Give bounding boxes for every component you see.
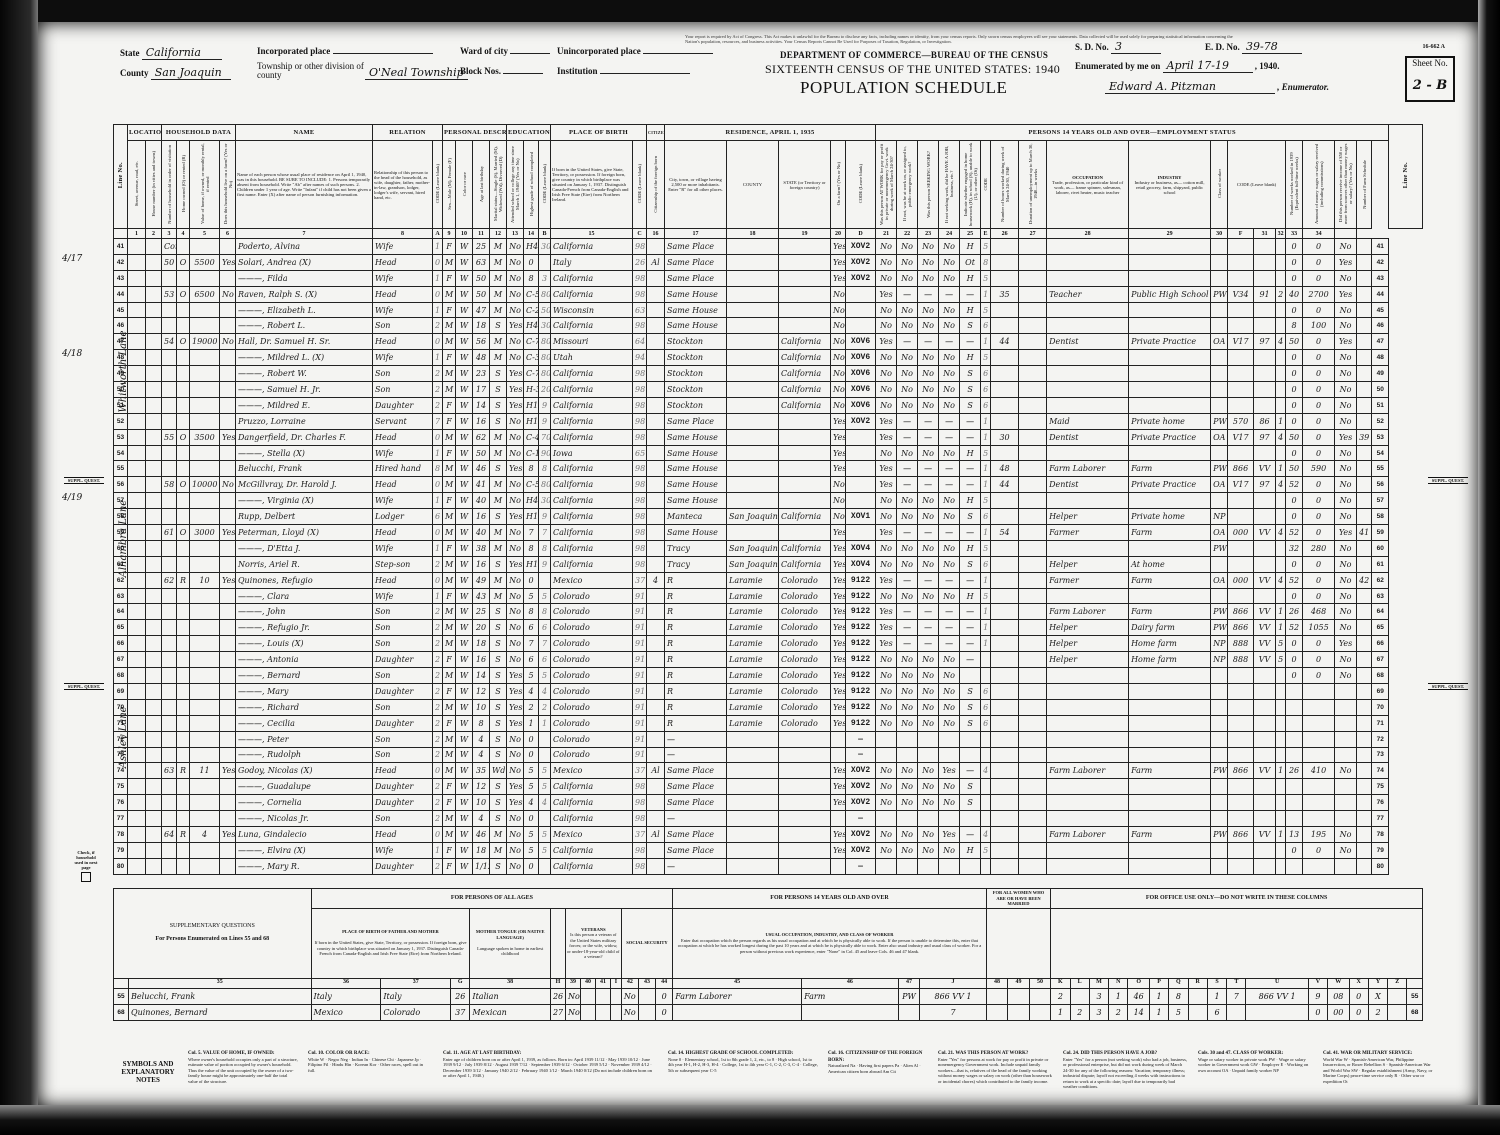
cell-onf: No [831, 493, 846, 509]
supp-column-number: T [1227, 978, 1246, 988]
note-col30: Cols. 30 and 47. CLASS OF WORKER:Wage or… [1198, 1050, 1313, 1073]
cell-city: — [665, 747, 727, 763]
cell-age: 50 [473, 270, 490, 286]
cell-oi [1335, 715, 1357, 731]
cell-race: W [456, 445, 473, 461]
column-number: 22 [897, 229, 918, 239]
cell-f2 [1254, 795, 1276, 811]
cell-cit [647, 842, 665, 858]
cell-city: Manteca [665, 509, 727, 525]
cell-onf: No [831, 397, 846, 413]
cell-fs [1357, 413, 1372, 429]
cell-f1: V34 [1228, 286, 1254, 302]
column-number: 17 [665, 229, 727, 239]
cell-city: Stockton [665, 366, 727, 382]
cell-cit [647, 588, 665, 604]
line-number-right: 65 [1372, 620, 1389, 636]
cell-a: 0 [433, 477, 443, 493]
cell-cit: Al [647, 763, 665, 779]
cell-own [177, 239, 190, 255]
cell-c: 98 [633, 556, 647, 572]
cell-name: ———, Mildred L. (X) [236, 350, 373, 366]
cell-a: 2 [433, 795, 443, 811]
cell-hh_house [146, 556, 162, 572]
cell-occ [1047, 842, 1129, 858]
cell-name: Solari, Andrea (X) [236, 254, 373, 270]
cell-own: O [177, 286, 190, 302]
line-number: 65 [114, 620, 128, 636]
form-header: State California County San Joaquin Inco… [75, 40, 1455, 120]
cell-e: 1 [981, 620, 991, 636]
cell-rel: Servant [373, 413, 433, 429]
cell-sch: No [507, 747, 524, 763]
table-row: 41Cont'dPoderto, AlvinaWife1FW25MNoH430C… [114, 239, 1423, 255]
cell-ind [1129, 779, 1211, 795]
cell-rel: Son [373, 620, 433, 636]
supp-column-number: 43 [638, 978, 655, 988]
cell-sch: No [507, 588, 524, 604]
scan-right-edge [1478, 0, 1500, 1135]
cell-rel: Son [373, 731, 433, 747]
cell-farm [220, 842, 236, 858]
line-number-right: 52 [1372, 413, 1389, 429]
cell-c22: No [897, 366, 918, 382]
cell-val [190, 604, 220, 620]
cell-f1: 570 [1228, 413, 1254, 429]
cell-name: ———, Elvira (X) [236, 842, 373, 858]
cell-farm [220, 652, 236, 668]
cell-d: XOV6 [846, 397, 876, 413]
cell-mar: M [490, 540, 507, 556]
cell-occ: Maid [1047, 413, 1129, 429]
cell-hh_house [146, 270, 162, 286]
cell-hh_house [146, 318, 162, 334]
cell-c23: — [918, 286, 939, 302]
cell-oi [1335, 747, 1357, 763]
cell-hh_house [146, 445, 162, 461]
cell-hh_street [128, 636, 146, 652]
table-row: 70———, RichardSon2MW10SYes22Colorado91RL… [114, 699, 1423, 715]
next-page-checkbox[interactable] [81, 872, 91, 882]
cell-fs [1357, 477, 1372, 493]
cell-age: 43 [473, 588, 490, 604]
cell-bp: Colorado [551, 652, 633, 668]
cell-sch: No [507, 636, 524, 652]
cell-wg [1303, 795, 1335, 811]
cell-fs [1357, 445, 1372, 461]
cell-f2 [1254, 509, 1276, 525]
cell-f3 [1276, 318, 1286, 334]
cell-oi: Yes [1335, 286, 1357, 302]
cell-wk: 0 [1286, 509, 1303, 525]
cell-age: 12 [473, 779, 490, 795]
cell-mar: S [490, 683, 507, 699]
cell-sex: F [443, 842, 456, 858]
cell-own [177, 509, 190, 525]
cell-c23 [918, 811, 939, 827]
cell-c22: No [897, 699, 918, 715]
cell-c21: Yes [876, 334, 897, 350]
cell-c27 [1019, 366, 1047, 382]
column-number: 21 [876, 229, 897, 239]
cell-oi: Yes [1335, 254, 1357, 270]
cell-hh [162, 493, 177, 509]
cell-name: ———, Louis (X) [236, 636, 373, 652]
cell-wg: 0 [1303, 572, 1335, 588]
cell-cls [1211, 842, 1228, 858]
cell-c23: — [918, 604, 939, 620]
cell-sex: F [443, 540, 456, 556]
cell-occ [1047, 366, 1129, 382]
cell-c21: No [876, 842, 897, 858]
cell-hh_house [146, 842, 162, 858]
cell-c25: — [960, 429, 981, 445]
cell-bp: Colorado [551, 604, 633, 620]
cell-gr: 1 [524, 715, 539, 731]
cell-f1 [1228, 540, 1254, 556]
supp-cell-c40 [580, 988, 595, 1004]
cell-cit [647, 795, 665, 811]
cell-hh_house [146, 811, 162, 827]
cell-f3 [1276, 540, 1286, 556]
cell-c23: No [918, 397, 939, 413]
supp-column-number [114, 978, 129, 988]
cell-rel: Daughter [373, 795, 433, 811]
cell-hh [162, 382, 177, 398]
cell-ind [1129, 668, 1211, 684]
cell-c27 [1019, 699, 1047, 715]
cell-f1 [1228, 366, 1254, 382]
supp-column-number [1407, 978, 1423, 988]
cell-c25: — [960, 826, 981, 842]
cell-wk: 26 [1286, 604, 1303, 620]
cell-occ: Helper [1047, 556, 1129, 572]
cell-farm [220, 668, 236, 684]
cell-hh [162, 747, 177, 763]
column-number: 9 [443, 229, 456, 239]
cell-onf: No [831, 509, 846, 525]
cell-onf: Yes [831, 683, 846, 699]
cell-f2 [1254, 842, 1276, 858]
supp-column-number: H [550, 978, 565, 988]
cell-val: 10 [190, 572, 220, 588]
cell-mar: S [490, 366, 507, 382]
line-number: 69 [114, 683, 128, 699]
cell-f3 [1276, 683, 1286, 699]
cell-val [190, 715, 220, 731]
note-col16: Col. 16. CITIZENSHIP OF THE FOREIGN BORN… [828, 1050, 928, 1074]
cell-c23: No [918, 318, 939, 334]
cell-st: California [779, 350, 831, 366]
cell-c26 [991, 350, 1019, 366]
cell-a: 2 [433, 652, 443, 668]
cell-e [981, 747, 991, 763]
cell-e: 1 [981, 461, 991, 477]
cell-farm [220, 350, 236, 366]
cell-wk: 0 [1286, 842, 1303, 858]
line-number: 47 [114, 334, 128, 350]
cell-city: Same Place [665, 826, 727, 842]
cell-hh_street [128, 461, 146, 477]
table-row: 46———, Robert L.Son2MW18SYesH430Californ… [114, 318, 1423, 334]
cell-hh_street [128, 572, 146, 588]
cell-cls: OA [1211, 429, 1228, 445]
cell-onf: Yes [831, 842, 846, 858]
cell-a: 2 [433, 858, 443, 874]
cell-oi: No [1335, 302, 1357, 318]
cell-age: 46 [473, 461, 490, 477]
cell-f2 [1254, 683, 1276, 699]
cell-fs [1357, 334, 1372, 350]
cell-age: 14 [473, 397, 490, 413]
cell-c23: No [918, 540, 939, 556]
cell-fs [1357, 668, 1372, 684]
cell-f1 [1228, 302, 1254, 318]
table-row: 60———, D'Etta J.Wife1FW38MNo88California… [114, 540, 1423, 556]
cell-c26 [991, 747, 1019, 763]
cell-city: Stockton [665, 382, 727, 398]
cell-c25: H [960, 445, 981, 461]
cell-c25: — [960, 636, 981, 652]
cell-hh: 62 [162, 572, 177, 588]
cell-val: 19000 [190, 334, 220, 350]
line-number-right: 68 [1372, 668, 1389, 684]
cell-race: W [456, 286, 473, 302]
cell-onf: Yes [831, 239, 846, 255]
table-row: 48———, Mildred L. (X)Wife1FW48MNoC-380Ut… [114, 350, 1423, 366]
supp-row: 68Quinones, BernardMexicoColorado37Mexic… [114, 1004, 1423, 1020]
cell-onf: No [831, 334, 846, 350]
supp-column-number: 38 [470, 978, 551, 988]
cell-race: W [456, 477, 473, 493]
cell-gr: 0 [524, 858, 539, 874]
cell-bp: Utah [551, 350, 633, 366]
line-number: 48 [114, 350, 128, 366]
cell-a: 2 [433, 397, 443, 413]
line-number-right: 53 [1372, 429, 1389, 445]
cell-d: XOV2 [846, 826, 876, 842]
cell-c24: No [939, 842, 960, 858]
cell-c24: — [939, 604, 960, 620]
cell-a: 1 [433, 842, 443, 858]
cell-cty [727, 366, 779, 382]
cell-hh_house [146, 366, 162, 382]
cell-sch: No [507, 445, 524, 461]
cell-cit [647, 382, 665, 398]
cell-c23: — [918, 636, 939, 652]
cell-hh [162, 413, 177, 429]
supp-column-number: 48 [986, 978, 1007, 988]
line-number-right: 60 [1372, 540, 1389, 556]
cell-c26 [991, 366, 1019, 382]
cell-hh_street [128, 397, 146, 413]
cell-race: W [456, 540, 473, 556]
cell-hh_house [146, 572, 162, 588]
cell-e: 6 [981, 318, 991, 334]
cell-cls: PW [1211, 461, 1228, 477]
cell-c23: No [918, 699, 939, 715]
cell-c: 91 [633, 652, 647, 668]
cell-c22: No [897, 540, 918, 556]
cell-f3: 2 [1276, 286, 1286, 302]
cell-name: ———, Guadalupe [236, 779, 373, 795]
cell-age: 47 [473, 302, 490, 318]
cell-c: 65 [633, 445, 647, 461]
cell-sex: M [443, 811, 456, 827]
cell-sex: F [443, 493, 456, 509]
line-number: 43 [114, 270, 128, 286]
scan-bottom-edge [0, 1105, 1500, 1135]
line-number: 67 [114, 652, 128, 668]
cell-rel: Head [373, 572, 433, 588]
cell-name: ———, Richard [236, 699, 373, 715]
column-number: A [433, 229, 443, 239]
cell-city: Same Place [665, 239, 727, 255]
cell-b: 5 [539, 763, 551, 779]
cell-onf [831, 858, 846, 874]
cell-c22 [897, 858, 918, 874]
group-employment: PERSONS 14 YEARS OLD AND OVER—EMPLOYMENT… [876, 125, 1389, 141]
cell-cty [727, 334, 779, 350]
table-row: 4754O19000NoHall, Dr. Samuel H. Sr.Head0… [114, 334, 1423, 350]
column-number: C [633, 229, 647, 239]
cell-bp: Mexico [551, 763, 633, 779]
cell-name: ———, Cornelia [236, 795, 373, 811]
cell-a: 2 [433, 366, 443, 382]
cell-oi [1335, 858, 1357, 874]
table-row: 66———, Louis (X)Son2MW18SNo77Colorado91R… [114, 636, 1423, 652]
cell-f1: 000 [1228, 572, 1254, 588]
cell-c24: No [939, 366, 960, 382]
supp-column-number: I [611, 978, 622, 988]
cell-c21 [876, 858, 897, 874]
cell-city: Stockton [665, 350, 727, 366]
cell-gr: 5 [524, 763, 539, 779]
cell-rel: Hired hand [373, 461, 433, 477]
cell-c23: No [918, 270, 939, 286]
cell-d: XOV4 [846, 556, 876, 572]
cell-gr: 8 [524, 270, 539, 286]
cell-race: W [456, 254, 473, 270]
supp-cell-o: 14 [1128, 1004, 1149, 1020]
cell-rel: Wife [373, 445, 433, 461]
cell-cit [647, 239, 665, 255]
cell-cls: NP [1211, 509, 1228, 525]
cell-c: 98 [633, 811, 647, 827]
cell-hh_house [146, 429, 162, 445]
cell-gr: H4 [524, 239, 539, 255]
supp-cell-i [611, 1004, 622, 1020]
cell-farm [220, 270, 236, 286]
supp-cell-c48 [986, 1004, 1007, 1020]
cell-wg: 0 [1303, 382, 1335, 398]
cell-val: 5500 [190, 254, 220, 270]
cell-e: 5 [981, 239, 991, 255]
cell-own [177, 540, 190, 556]
cell-c24: No [939, 509, 960, 525]
line-number: 44 [114, 286, 128, 302]
supp-column-number: S [1207, 978, 1226, 988]
cell-wg: 0 [1303, 397, 1335, 413]
cell-f3 [1276, 731, 1286, 747]
cell-sex: M [443, 556, 456, 572]
cell-hh_street [128, 493, 146, 509]
cell-ind [1129, 366, 1211, 382]
cell-a: 1 [433, 493, 443, 509]
cell-c21: No [876, 683, 897, 699]
line-number-right: 76 [1372, 795, 1389, 811]
cell-c: 91 [633, 636, 647, 652]
cell-c21: No [876, 779, 897, 795]
supplementary-marker: SUPPL. QUEST. [64, 683, 104, 690]
line-number: 79 [114, 842, 128, 858]
cell-cls [1211, 445, 1228, 461]
cell-c27 [1019, 350, 1047, 366]
cell-c21: Yes [876, 604, 897, 620]
cell-cit [647, 334, 665, 350]
cell-mar: M [490, 429, 507, 445]
supp-column-number-row: 353637G38H394041I424344454647J484950KLMN… [114, 978, 1423, 988]
col-line-no-right: Line No. [1389, 125, 1423, 229]
cell-sex: F [443, 795, 456, 811]
cell-c21: No [876, 652, 897, 668]
cell-c26 [991, 620, 1019, 636]
supp-column-number: G [451, 978, 470, 988]
cell-f1 [1228, 811, 1254, 827]
line-number: 41 [114, 239, 128, 255]
cell-f2 [1254, 254, 1276, 270]
cell-wk [1286, 683, 1303, 699]
cell-gr: 5 [524, 842, 539, 858]
cell-occ [1047, 731, 1129, 747]
cell-oi: No [1335, 620, 1357, 636]
cell-onf: Yes [831, 588, 846, 604]
cell-cit: Al [647, 254, 665, 270]
cell-f2 [1254, 731, 1276, 747]
cell-cls [1211, 239, 1228, 255]
cell-mar: S [490, 715, 507, 731]
cell-f1 [1228, 731, 1254, 747]
cell-wg: 1055 [1303, 620, 1335, 636]
cell-race: W [456, 239, 473, 255]
cell-b: 50 [539, 302, 551, 318]
cell-farm [220, 779, 236, 795]
cell-c25: S [960, 318, 981, 334]
cell-c24: Yes [939, 763, 960, 779]
cell-wg: 0 [1303, 477, 1335, 493]
cell-ind: Private Practice [1129, 429, 1211, 445]
cell-e: 1 [981, 525, 991, 541]
cell-b: 80 [539, 366, 551, 382]
cell-c25: S [960, 397, 981, 413]
supp-column-number: 36 [311, 978, 381, 988]
cell-cit [647, 731, 665, 747]
cell-c25: S [960, 795, 981, 811]
cell-own [177, 652, 190, 668]
cell-c23 [918, 731, 939, 747]
cell-fs [1357, 461, 1372, 477]
cell-name: Dangerfield, Dr. Charles F. [236, 429, 373, 445]
cell-rel: Lodger [373, 509, 433, 525]
cell-f2 [1254, 556, 1276, 572]
cell-race: W [456, 572, 473, 588]
ward-field: Ward of city [460, 46, 550, 56]
cell-c21: No [876, 318, 897, 334]
cell-gr: 8 [524, 604, 539, 620]
cell-c: 98 [633, 540, 647, 556]
cell-fs [1357, 795, 1372, 811]
cell-sch: No [507, 842, 524, 858]
